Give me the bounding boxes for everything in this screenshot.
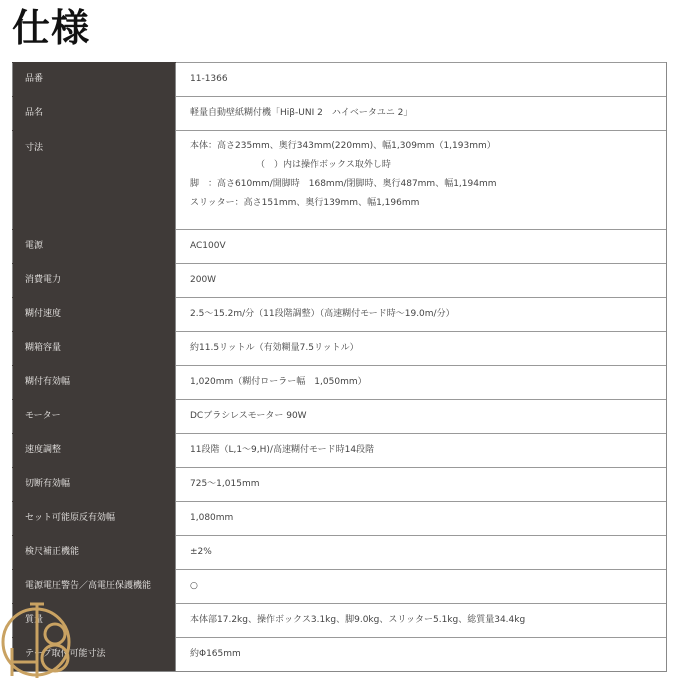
spec-row-speed-adjustment: 速度調整 11段階（L,1〜9,H)/高速糊付モード時14段階 [13,434,667,468]
spec-row-power-consumption: 消費電力 200W [13,264,667,298]
spec-value: 11段階（L,1〜9,H)/高速糊付モード時14段階 [176,434,667,468]
spec-label: 糊箱容量 [13,332,176,366]
spec-label: 品番 [13,63,176,97]
spec-value: 1,080mm [176,502,667,536]
spec-label: 糊付速度 [13,298,176,332]
spec-row-power-source: 電源 AC100V [13,230,667,264]
dimension-line-legs: 脚 ：高さ610mm/開脚時 168mm/閉脚時、奥行487mm、幅1,194m… [190,175,666,194]
spec-label: 切断有効幅 [13,468,176,502]
spec-row-roll-width: セット可能原反有効幅 1,080mm [13,502,667,536]
spec-row-paste-speed: 糊付速度 2.5〜15.2m/分（11段階調整）（高速糊付モード時〜19.0m/… [13,298,667,332]
spec-row-product-number: 品番 11-1366 [13,63,667,97]
spec-row-weight: 質量 本体部17.2kg、操作ボックス3.1kg、脚9.0kg、スリッター5.1… [13,604,667,638]
page-title: 仕様 [12,4,90,52]
spec-value: 本体部17.2kg、操作ボックス3.1kg、脚9.0kg、スリッター5.1kg、… [176,604,667,638]
spec-label: テープ取付可能寸法 [13,638,176,672]
dimension-line-slitter: スリッター：高さ151mm、奥行139mm、幅1,196mm [190,194,666,213]
spec-row-cutting-width: 切断有効幅 725〜1,015mm [13,468,667,502]
spec-value: ±2% [176,536,667,570]
spec-row-paste-width: 糊付有効幅 1,020mm（糊付ローラー幅 1,050mm） [13,366,667,400]
spec-row-tape-size: テープ取付可能寸法 約Φ165mm [13,638,667,672]
spec-value: AC100V [176,230,667,264]
spec-value: 11-1366 [176,63,667,97]
spec-value: 725〜1,015mm [176,468,667,502]
spec-label: 消費電力 [13,264,176,298]
spec-row-voltage-protection: 電源電圧警告／高電圧保護機能 ○ [13,570,667,604]
spec-value: 1,020mm（糊付ローラー幅 1,050mm） [176,366,667,400]
spec-row-measure-correction: 検尺補正機能 ±2% [13,536,667,570]
spec-value: ○ [176,570,667,604]
spec-label: モーター [13,400,176,434]
spec-label: 電源電圧警告／高電圧保護機能 [13,570,176,604]
spec-label: 速度調整 [13,434,176,468]
spec-label: セット可能原反有効幅 [13,502,176,536]
spec-value: 約11.5リットル（有効糊量7.5リットル） [176,332,667,366]
spec-label: 糊付有効幅 [13,366,176,400]
spec-value: 軽量自動壁紙糊付機「Hiβ-UNI 2 ハイベータユニ 2」 [176,97,667,131]
spec-label: 検尺補正機能 [13,536,176,570]
spec-row-motor: モーター DCブラシレスモーター 90W [13,400,667,434]
spec-table: 品番 11-1366 品名 軽量自動壁紙糊付機「Hiβ-UNI 2 ハイベータユ… [12,62,667,672]
spec-value: DCブラシレスモーター 90W [176,400,667,434]
spec-label: 電源 [13,230,176,264]
spec-value: 200W [176,264,667,298]
spec-value: 約Φ165mm [176,638,667,672]
spec-value: 2.5〜15.2m/分（11段階調整）（高速糊付モード時〜19.0m/分） [176,298,667,332]
dimension-line-note: （ ）内は操作ボックス取外し時 [190,156,666,175]
spec-label: 質量 [13,604,176,638]
spec-row-product-name: 品名 軽量自動壁紙糊付機「Hiβ-UNI 2 ハイベータユニ 2」 [13,97,667,131]
spec-row-paste-capacity: 糊箱容量 約11.5リットル（有効糊量7.5リットル） [13,332,667,366]
spec-row-dimensions: 寸法 本体：高さ235mm、奥行343mm(220mm)、幅1,309mm（1,… [13,131,667,230]
spec-value: 本体：高さ235mm、奥行343mm(220mm)、幅1,309mm（1,193… [176,131,667,230]
dimension-line-body: 本体：高さ235mm、奥行343mm(220mm)、幅1,309mm（1,193… [190,137,666,156]
spec-label: 品名 [13,97,176,131]
spec-label: 寸法 [13,131,176,230]
